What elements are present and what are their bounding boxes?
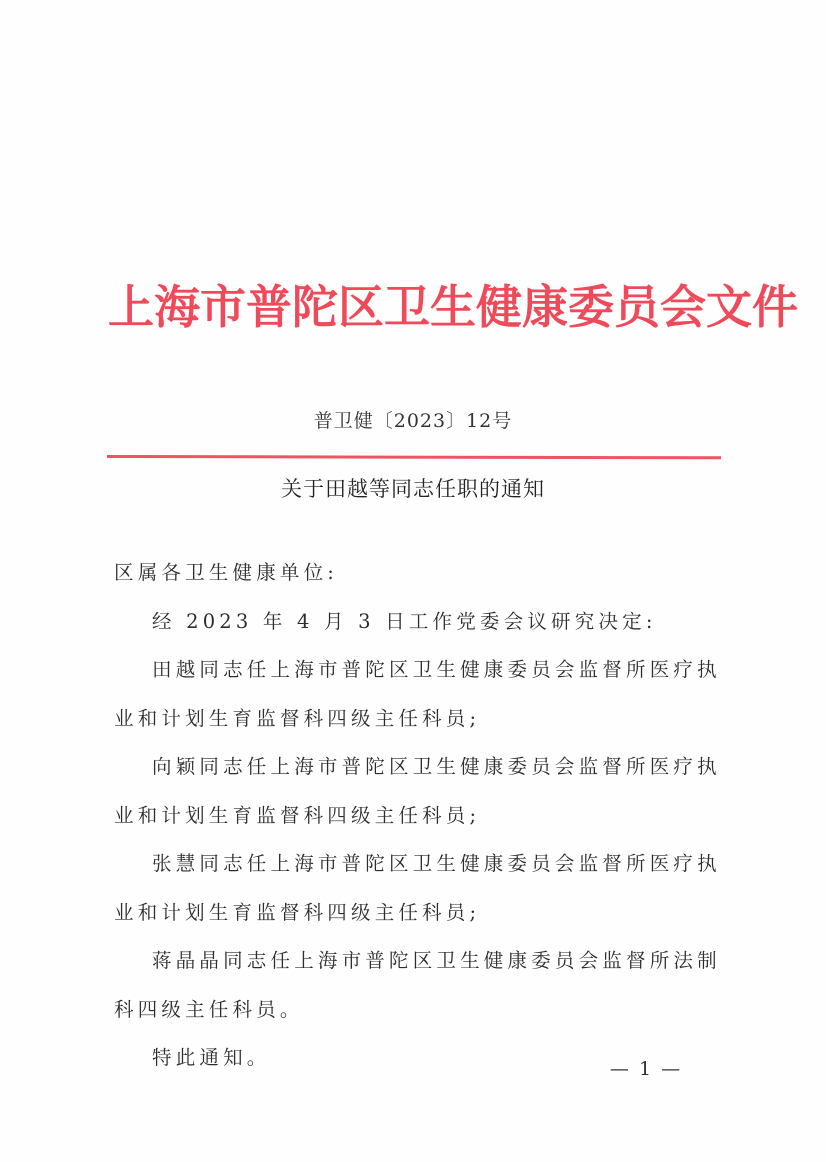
appointment-3-line-1: 张慧同志任上海市普陀区卫生健康委员会监督所医疗执 [114, 840, 710, 889]
notice-title: 关于田越等同志任职的通知 [0, 472, 826, 506]
appointment-1-line-1: 田越同志任上海市普陀区卫生健康委员会监督所医疗执 [114, 646, 710, 695]
document-number: 普卫健〔2023〕12号 [0, 407, 826, 435]
red-divider-line [107, 455, 721, 459]
appointment-2-line-2: 业和计划生育监督科四级主任科员; [114, 792, 710, 841]
appointment-4-line-2: 科四级主任科员。 [114, 986, 710, 1035]
document-header-title: 上海市普陀区卫生健康委员会文件 [108, 272, 724, 342]
page-number: — 1 — [606, 1055, 686, 1083]
appointment-2-line-1: 向颖同志任上海市普陀区卫生健康委员会监督所医疗执 [114, 743, 710, 792]
addressee: 区属各卫生健康单位: [114, 549, 710, 598]
appointment-4-line-1: 蒋晶晶同志任上海市普陀区卫生健康委员会监督所法制 [114, 937, 710, 986]
document-page: 上海市普陀区卫生健康委员会文件 普卫健〔2023〕12号 关于田越等同志任职的通… [0, 0, 826, 1162]
appointment-1-line-2: 业和计划生育监督科四级主任科员; [114, 695, 710, 744]
appointment-3-line-2: 业和计划生育监督科四级主任科员; [114, 889, 710, 938]
decision-intro: 经 2023 年 4 月 3 日工作党委会议研究决定: [114, 598, 710, 647]
document-body: 区属各卫生健康单位: 经 2023 年 4 月 3 日工作党委会议研究决定: 田… [114, 549, 710, 1083]
